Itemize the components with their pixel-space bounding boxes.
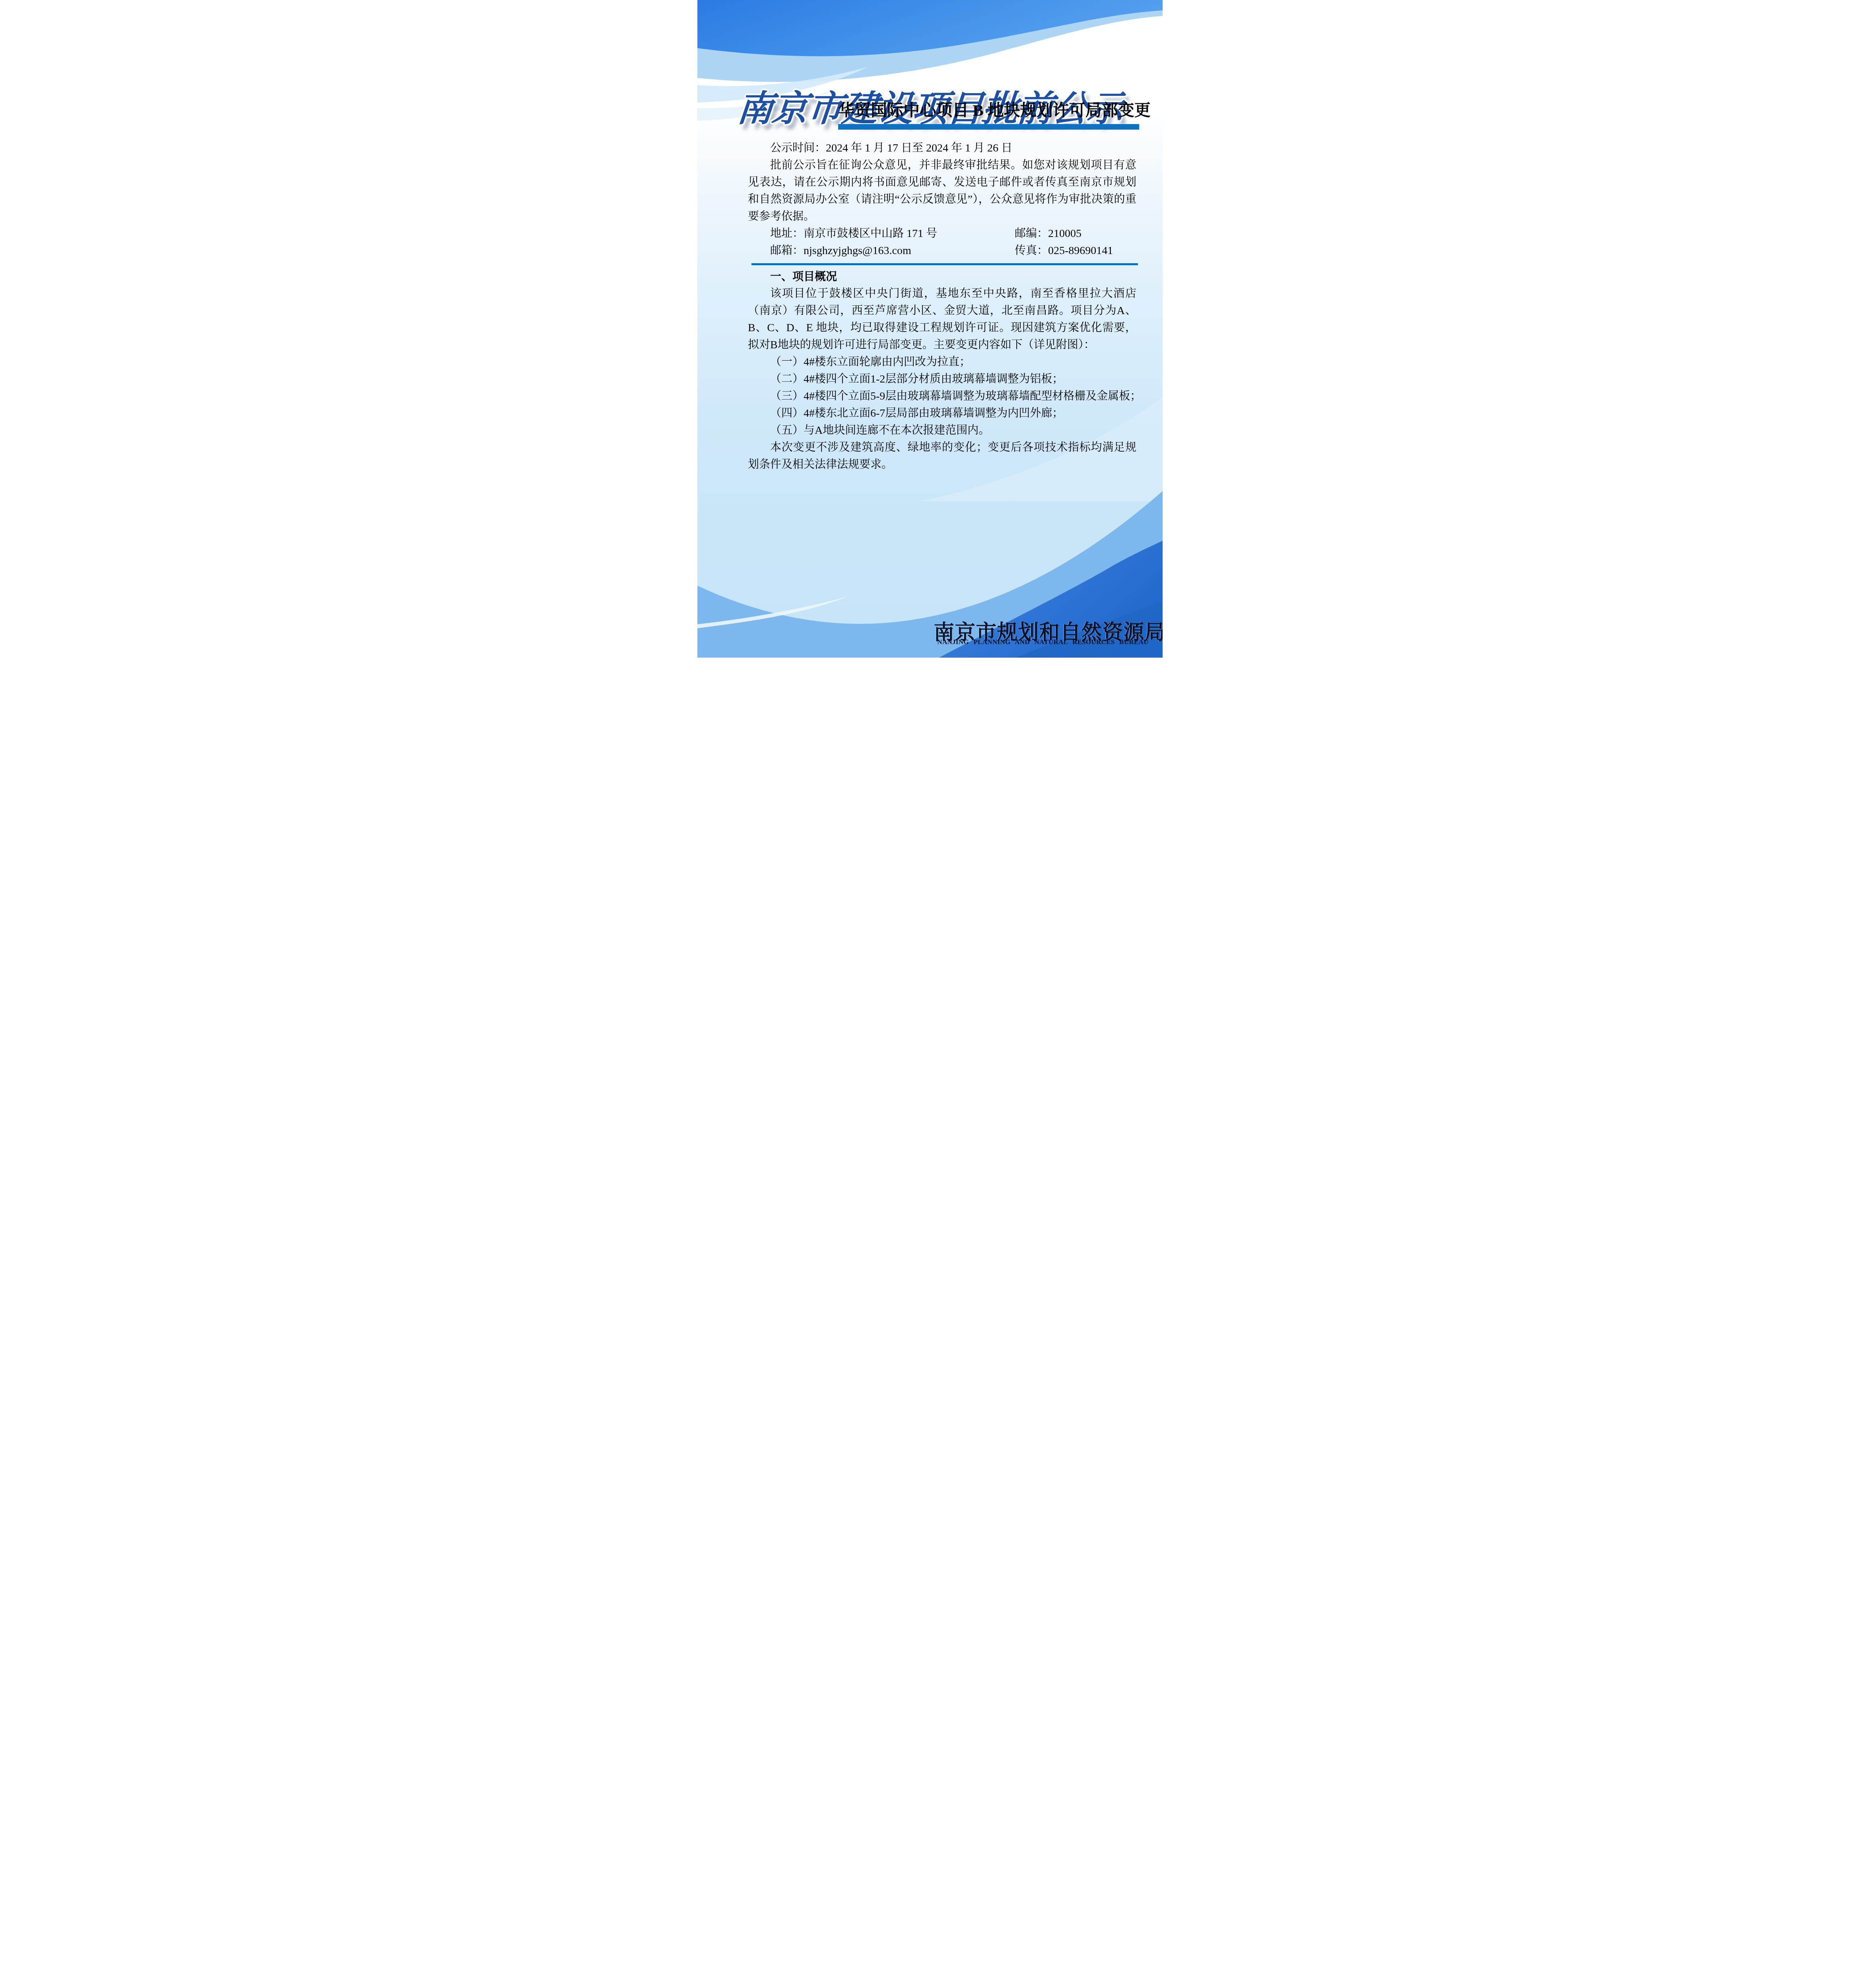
change-item-3: （三）4#楼四个立面5-9层由玻璃幕墙调整为玻璃幕墙配型材格栅及金属板； (748, 388, 1136, 405)
publicity-period-line: 公示时间：2024 年 1 月 17 日至 2024 年 1 月 26 日 (748, 140, 1136, 157)
change-item-2: （二）4#楼四个立面1-2层部分材质由玻璃幕墙调整为铝板； (748, 371, 1136, 388)
address-field: 地址：南京市鼓楼区中山路 171 号 (748, 225, 1015, 242)
postcode-label: 邮编： (1015, 227, 1048, 240)
subtitle-underline-bar (838, 124, 1139, 130)
header-blue-band (697, 0, 1163, 56)
email-field: 邮箱：njsghzyjghgs@163.com (748, 242, 1015, 259)
change-item-1: （一）4#楼东立面轮廓由内凹改为拉直； (748, 353, 1136, 371)
change-item-4: （四）4#楼东北立面6-7层局部由玻璃幕墙调整为内凹外廊； (748, 405, 1136, 422)
bureau-name-en: NANJING PLANNING AND NATURAL RESOURCES B… (934, 638, 1152, 646)
notice-intro-paragraph: 批前公示旨在征询公众意见，并非最终审批结果。如您对该规划项目有意见表达，请在公示… (748, 157, 1136, 225)
section-heading: 一、项目概况 (748, 268, 1136, 285)
notice-body: 公示时间：2024 年 1 月 17 日至 2024 年 1 月 26 日 批前… (748, 140, 1136, 473)
address-value: 南京市鼓楼区中山路 171 号 (804, 227, 937, 240)
postcode-field: 邮编：210005 (1015, 225, 1136, 242)
notice-subtitle: 华贸国际中心项目 B 地块规划许可局部变更 (838, 101, 1140, 120)
fax-value: 025-89690141 (1048, 245, 1113, 257)
email-value: njsghzyjghgs@163.com (804, 245, 911, 257)
closing-paragraph: 本次变更不涉及建筑高度、绿地率的变化；变更后各项技术指标均满足规划条件及相关法律… (748, 439, 1136, 473)
postcode-value: 210005 (1048, 227, 1081, 240)
project-overview-paragraph: 该项目位于鼓楼区中央门街道，基地东至中央路，南至香格里拉大酒店（南京）有限公司，… (748, 285, 1136, 353)
contact-row-address: 地址：南京市鼓楼区中山路 171 号 邮编：210005 (748, 225, 1136, 242)
notice-poster-page: 南京市建设项目批前公示 华贸国际中心项目 B 地块规划许可局部变更 公示时间：2… (697, 0, 1163, 658)
email-label: 邮箱： (770, 245, 804, 257)
fax-label: 传真： (1015, 245, 1048, 257)
address-label: 地址： (770, 227, 804, 240)
fax-field: 传真：025-89690141 (1015, 242, 1136, 259)
change-item-5: （五）与A地块间连廊不在本次报建范围内。 (748, 422, 1136, 439)
section-divider-rule (751, 263, 1138, 265)
contact-row-email: 邮箱：njsghzyjghgs@163.com 传真：025-89690141 (748, 242, 1136, 259)
